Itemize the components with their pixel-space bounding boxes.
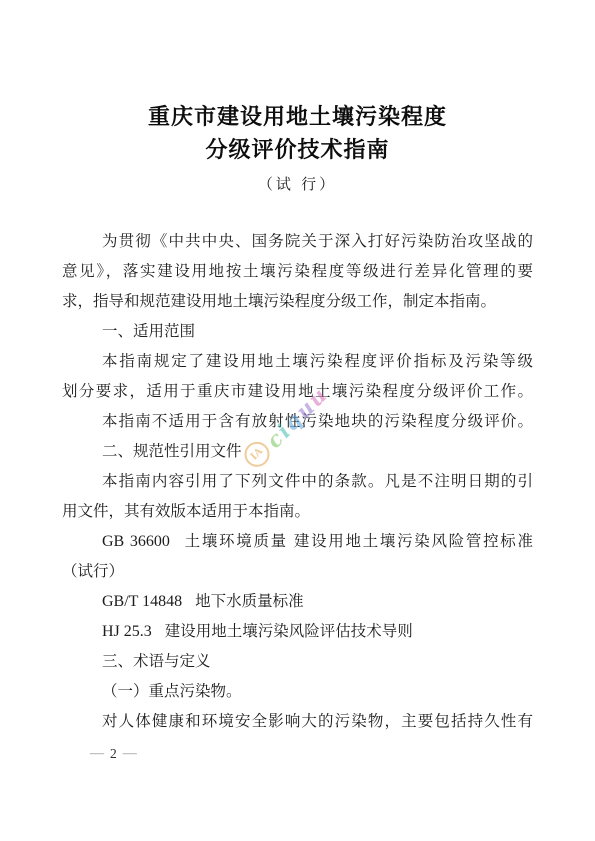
- paragraph-line: 划分要求，适用于重庆市建设用地土壤污染程度分级评价工作。: [62, 377, 533, 407]
- document-page: 重庆市建设用地土壤污染程度 分级评价技术指南 （试 行） 为贯彻《中共中央、国务…: [0, 0, 595, 841]
- paragraph-line: 对人体健康和环境安全影响大的污染物，主要包括持久性有: [62, 707, 533, 737]
- section-heading-scope: 一、适用范围: [62, 317, 533, 347]
- standard-reference-continuation: （试行）: [62, 557, 533, 587]
- paragraph-line: 本指南内容引用了下列文件中的条款。凡是不注明日期的引: [62, 467, 533, 497]
- page-number: — 2 —: [90, 746, 137, 762]
- section-heading-references: 二、规范性引用文件: [62, 437, 533, 467]
- page-title: 重庆市建设用地土壤污染程度 分级评价技术指南: [0, 100, 595, 166]
- page-title-line1: 重庆市建设用地土壤污染程度: [0, 100, 595, 133]
- standard-code: GB 36600: [102, 533, 170, 550]
- standard-title: 地下水质量标准: [195, 593, 304, 610]
- standard-reference-line: HJ 25.3建设用地土壤污染风险评估技术导则: [62, 617, 533, 647]
- page-number-right-dash: —: [123, 746, 137, 762]
- page-number-left-dash: —: [90, 746, 104, 762]
- paragraph-line: 本指南不适用于含有放射性污染地块的污染程度分级评价。: [62, 407, 533, 437]
- page-title-line2: 分级评价技术指南: [0, 133, 595, 166]
- standard-code: HJ 25.3: [102, 623, 152, 640]
- paragraph-line: 意见》，落实建设用地按土壤污染程度等级进行差异化管理的要: [62, 257, 533, 287]
- standard-code: GB/T 14848: [102, 593, 182, 610]
- page-number-value: 2: [110, 746, 117, 762]
- standard-reference-line: GB/T 14848地下水质量标准: [62, 587, 533, 617]
- section-heading-terms: 三、术语与定义: [62, 647, 533, 677]
- paragraph-line: 用文件，其有效版本适用于本指南。: [62, 497, 533, 527]
- page-subtitle: （试 行）: [0, 173, 595, 194]
- standard-title: 建设用地土壤污染风险评估技术导则: [165, 623, 413, 640]
- subsection-heading-pollutants: （一）重点污染物。: [62, 677, 533, 707]
- document-body: 为贯彻《中共中央、国务院关于深入打好污染防治攻坚战的 意见》，落实建设用地按土壤…: [62, 227, 533, 737]
- paragraph-line: 为贯彻《中共中央、国务院关于深入打好污染防治攻坚战的: [62, 227, 533, 257]
- paragraph-line: 本指南规定了建设用地土壤污染程度评价指标及污染等级: [62, 347, 533, 377]
- paragraph-line: 求，指导和规范建设用地土壤污染程度分级工作，制定本指南。: [62, 287, 533, 317]
- standard-reference-line: GB 36600土壤环境质量 建设用地土壤污染风险管控标准: [62, 527, 533, 557]
- standard-title: 土壤环境质量 建设用地土壤污染风险管控标准: [183, 533, 533, 550]
